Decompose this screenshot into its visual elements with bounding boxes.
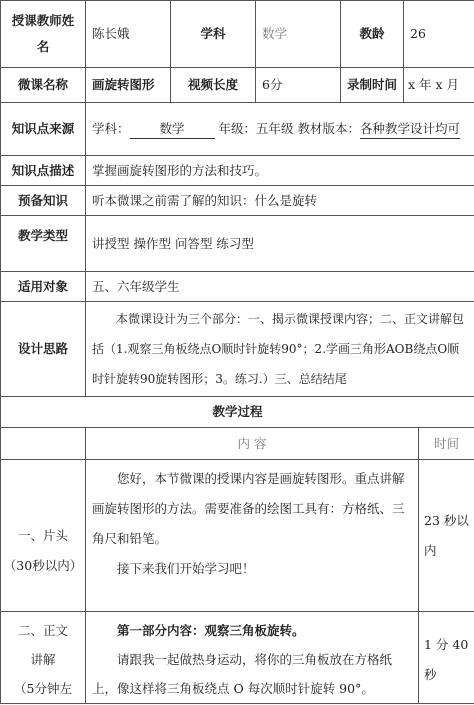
content-paragraph: 您好，本节微课的授课内容是画旋转图形。重点讲解画旋转图形的方法。需要准备的绘图工… (92, 464, 412, 554)
teacher-value: 陈长娥 (86, 1, 171, 68)
process-row: 一、片头 （30秒以内） 您好，本节微课的授课内容是画旋转图形。重点讲解画旋转图… (1, 460, 474, 612)
info-table: 授课教师姓名 陈长娥 学科 数学 教龄 26 微课名称 画旋转图形 视频长度 6… (0, 0, 474, 397)
prior-value: 听本微课之前需了解的知识：什么是旋转 (86, 186, 474, 216)
stage-cell: 二、正文讲解 （5分钟左 (1, 612, 86, 704)
time-column-header: 时间 (419, 428, 474, 460)
target-label: 适用对象 (1, 272, 86, 302)
subject-value: 数学 (256, 1, 341, 68)
content-paragraph: 接下来我们开始学习吧！ (92, 554, 412, 584)
content-heading: 第一部分内容：观察三角板旋转。 (92, 616, 412, 645)
years-label: 教龄 (341, 1, 404, 68)
process-title: 教学过程 (1, 397, 474, 428)
source-subject-value: 数学 (130, 120, 215, 139)
record-label: 录制时间 (341, 68, 404, 103)
content-cell: 第一部分内容：观察三角板旋转。 请跟我一起做热身运动，将你的三角板放在方格纸上，… (86, 612, 419, 704)
desc-value: 掌握画旋转图形的方法和技巧。 (86, 156, 474, 186)
subject-label: 学科 (171, 1, 256, 68)
time-cell: 23 秒以内 (419, 460, 474, 612)
record-value: x 年 x 月 (404, 68, 474, 103)
desc-label: 知识点描述 (1, 156, 86, 186)
stage-note: （5分钟左 (13, 674, 73, 703)
stage-name: 一、片头 (3, 521, 83, 551)
content-cell: 您好，本节微课的授课内容是画旋转图形。重点讲解画旋转图形的方法。需要准备的绘图工… (86, 460, 419, 612)
type-label: 教学类型 (1, 216, 86, 272)
process-table: 教学过程 内 容 时间 一、片头 （30秒以内） 您好，本节微课的授课内容是画旋… (0, 396, 474, 704)
content-column-header: 内 容 (86, 428, 419, 460)
stage-cell: 一、片头 （30秒以内） (1, 460, 86, 612)
type-value: 讲授型 操作型 问答型 练习型 (86, 216, 474, 272)
source-subject-prefix: 学科： (92, 121, 130, 136)
source-edition-value: 各种教学设计均可 (360, 120, 460, 139)
design-value: 本微课设计为三个部分：一、揭示微课授课内容；二、正文讲解包括（1.观察三角板绕点… (86, 302, 474, 397)
stage-note: （30秒以内） (3, 551, 83, 581)
prior-label: 预备知识 (1, 186, 86, 216)
duration-label: 视频长度 (171, 68, 256, 103)
design-label: 设计思路 (1, 302, 86, 397)
years-value: 26 (404, 1, 474, 68)
source-label: 知识点来源 (1, 103, 86, 156)
time-cell: 1 分 40 秒 (419, 612, 474, 704)
stage-name: 二、正文讲解 (13, 616, 73, 674)
process-row: 二、正文讲解 （5分钟左 第一部分内容：观察三角板旋转。 请跟我一起做热身运动，… (1, 612, 474, 704)
process-header-blank (1, 428, 86, 460)
lesson-plan-document: 授课教师姓名 陈长娥 学科 数学 教龄 26 微课名称 画旋转图形 视频长度 6… (0, 0, 474, 705)
course-label: 微课名称 (1, 68, 86, 103)
content-paragraph: 请跟我一起做热身运动，将你的三角板放在方格纸上，像这样将三角板绕点 O 每次顺时… (92, 645, 412, 703)
source-value: 学科：数学 年级：五年级 教材版本：各种教学设计均可 (86, 103, 474, 156)
teacher-label: 授课教师姓名 (1, 1, 86, 68)
source-grade-text: 年级：五年级 教材版本： (219, 121, 360, 136)
duration-value: 6分 (256, 68, 341, 103)
course-value: 画旋转图形 (86, 68, 171, 103)
target-value: 五、六年级学生 (86, 272, 474, 302)
